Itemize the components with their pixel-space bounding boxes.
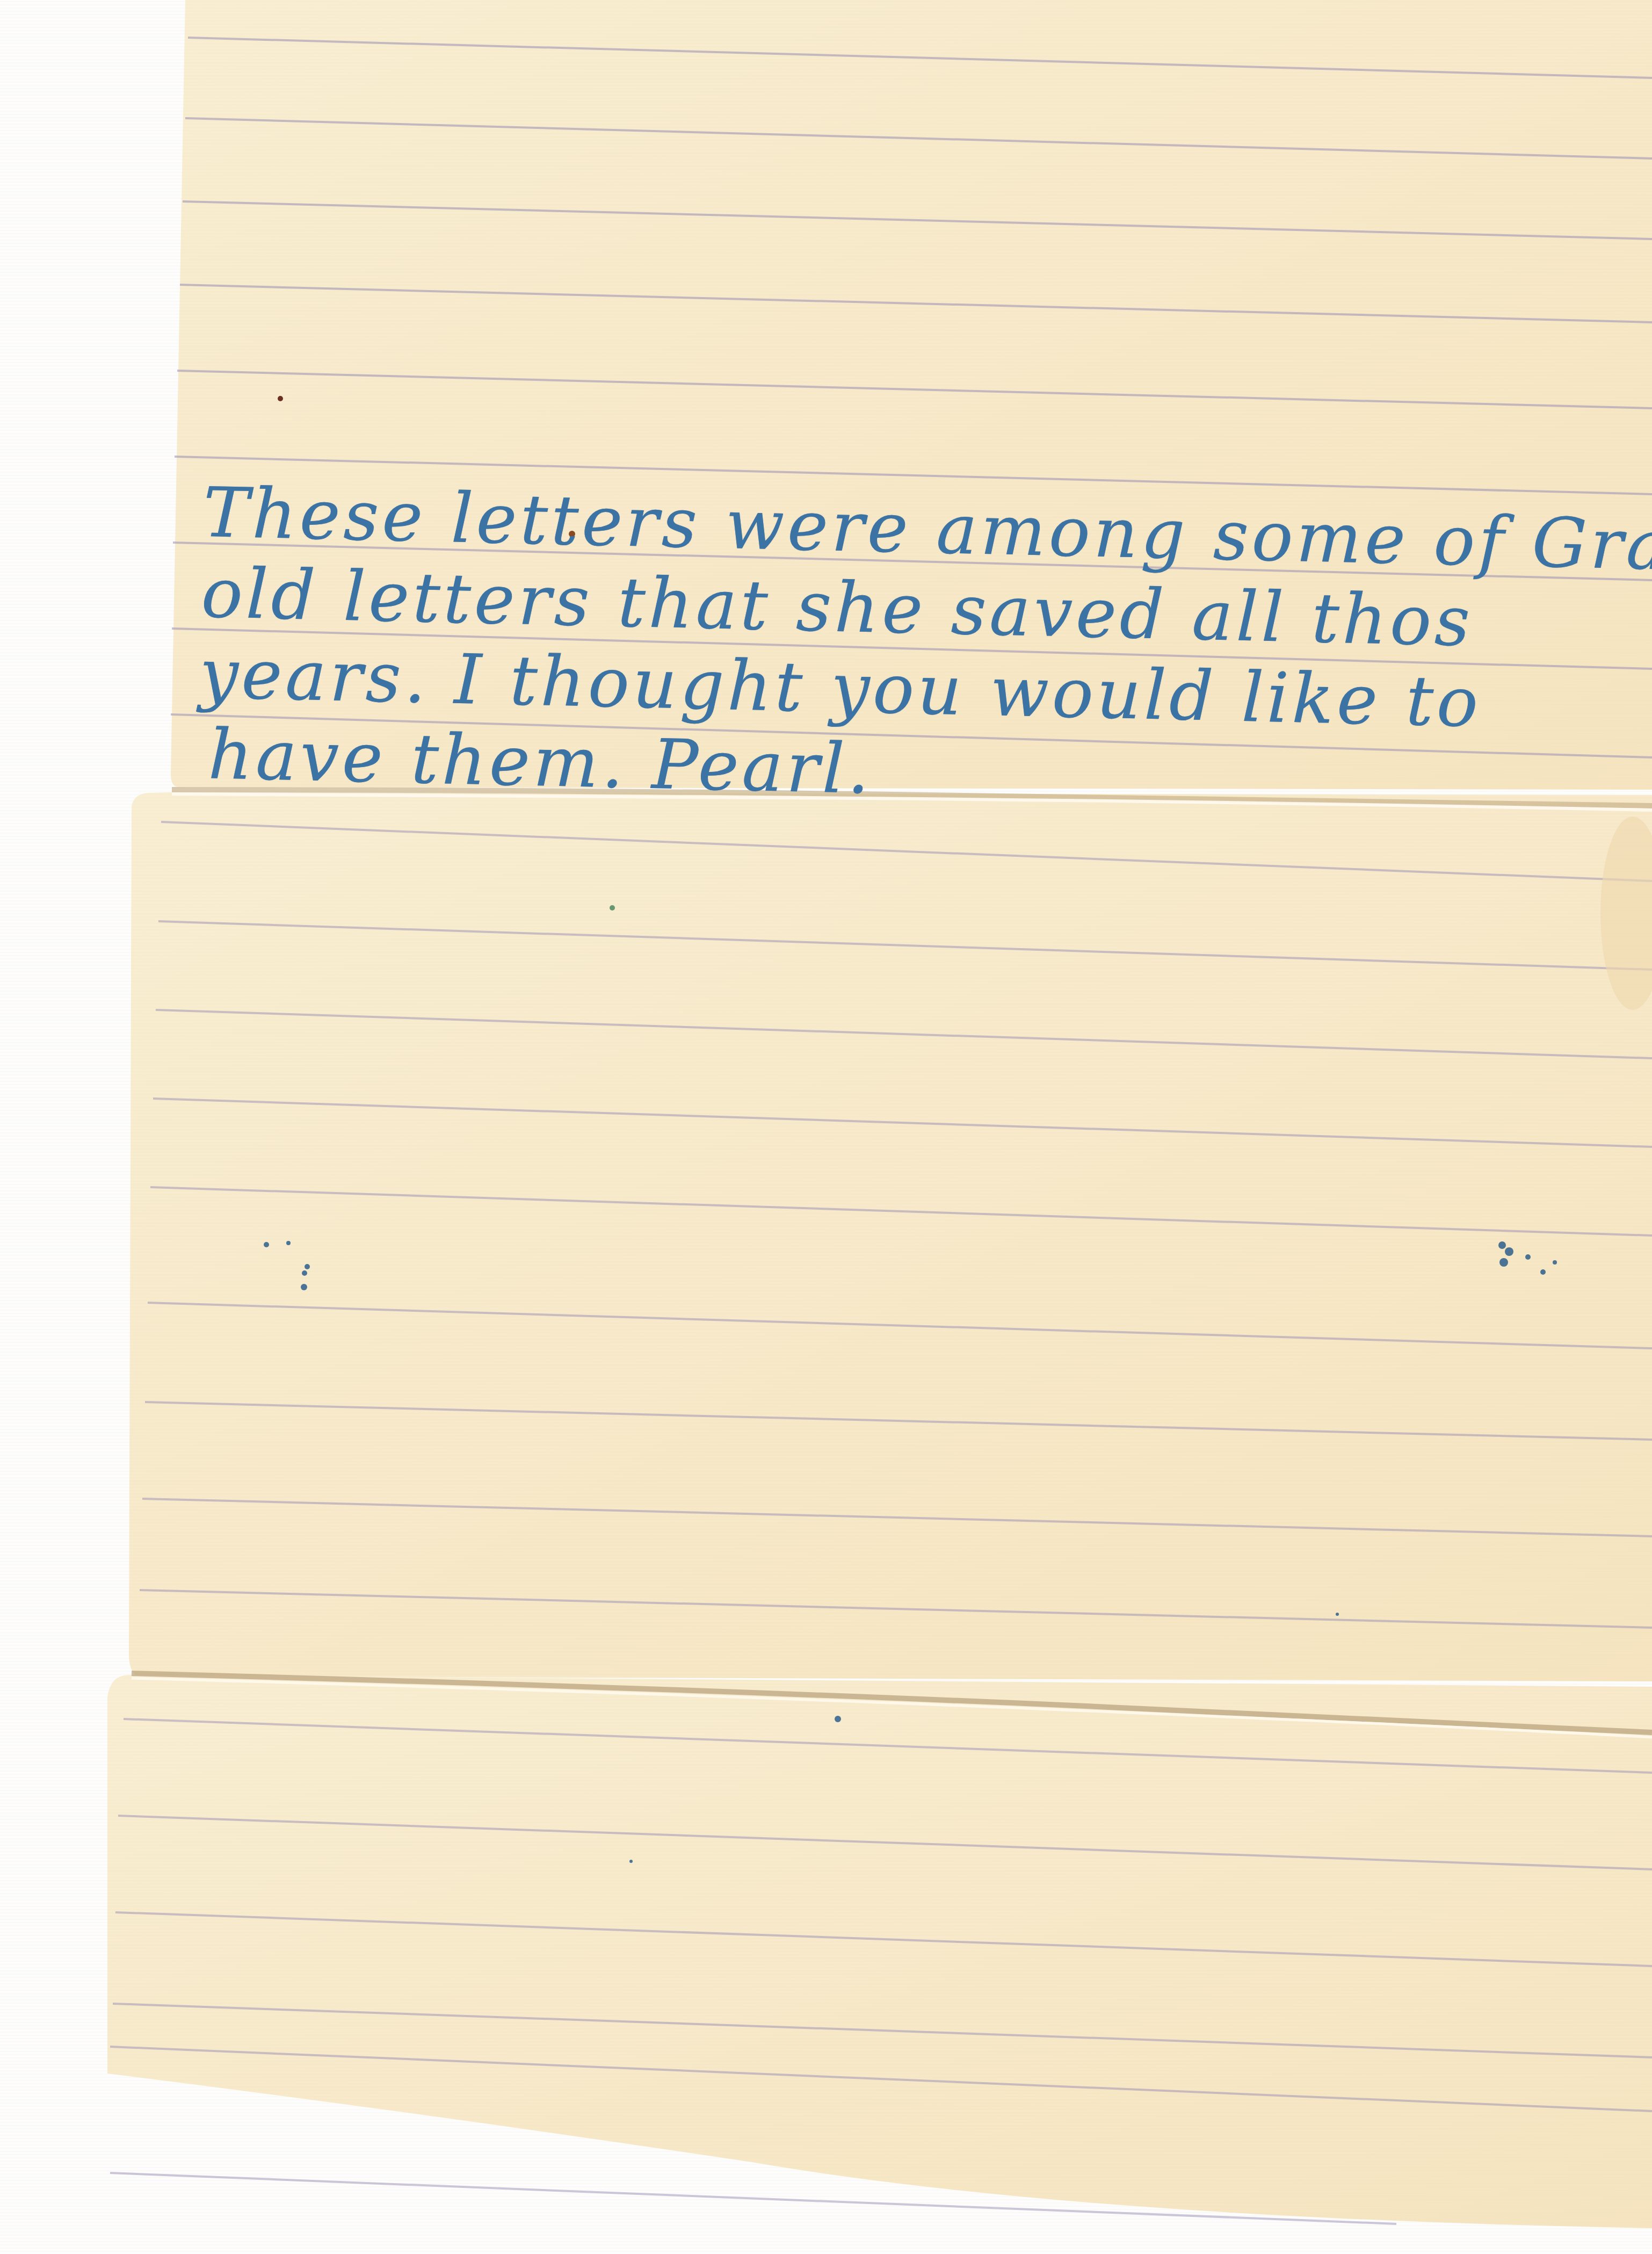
lined-paper-sheet <box>0 0 1652 2254</box>
handwritten-note: These letters were among some of Grand o… <box>197 473 1652 828</box>
scanned-letter-page: These letters were among some of Grand o… <box>0 0 1652 2254</box>
rust-speck <box>278 396 283 401</box>
